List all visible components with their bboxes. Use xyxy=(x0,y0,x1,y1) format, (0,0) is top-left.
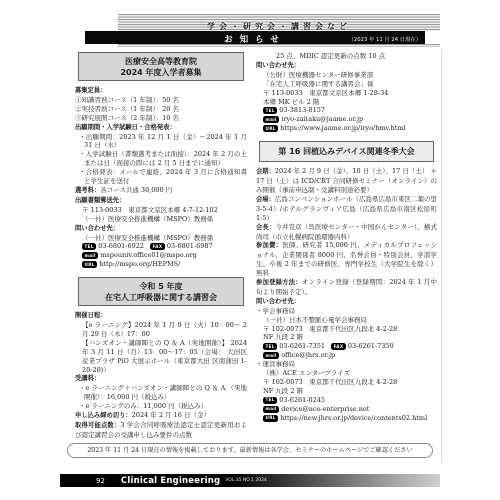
fax-icon: FAX xyxy=(150,243,165,250)
winter-management-tel-line: TEL03-6261-0245 xyxy=(256,396,437,405)
category-banner-underline xyxy=(118,44,440,47)
fax-number: 03-6801-6987 xyxy=(167,242,213,250)
admissions-application-period: ・出願期間：2023 年 12 月 1 日（金）～2024 年 1 月 31 日… xyxy=(75,133,247,151)
ventilator-points-continued: 25 点、MDIC 認定更新の点数 10 点 xyxy=(256,52,437,61)
winter-conference-title: 第 16 回植込みデバイス関連冬季大会 xyxy=(260,146,433,157)
url-address: http://mspo.org/HEPMS/ xyxy=(99,260,180,268)
admissions-contact-org: （一社）医療安全推進機構（MSPO）教務係 xyxy=(75,234,247,243)
ventilator-title-line2: 在宅人工呼吸器に関する講習会 xyxy=(79,292,243,303)
ventilator-url-line: URLhttps://www.jaame.or.jp/iryo/hmv.html xyxy=(256,124,437,133)
ventilator-title-line1: 令和 5 年度 xyxy=(79,281,243,292)
winter-society-office-org: （一社）日本不整脈心電学会事務局 xyxy=(256,316,437,325)
footer-bar: 92 Clinical Engineering VOL.35 NO.1 2024 xyxy=(60,474,440,487)
announcement-bar: お知らせ （2023 年 11 月 24 日現在） xyxy=(85,31,425,44)
winter-contact-heading: 問い合わせ先： xyxy=(256,297,437,307)
ventilator-deadline: 申し込み締め切り：2024 年 2 月 16 日（金） xyxy=(75,411,247,421)
winter-management-office-bullet: ・運営事務局 xyxy=(256,360,437,369)
ventilator-contact-org2: 「在宅人工呼吸器に関する講習会」係 xyxy=(256,80,437,89)
winter-url-line: URLhttps://new.jhrs.or.jp/device/content… xyxy=(256,414,437,423)
winter-dates: 会期：2024 年 2 月 9 日（金）、10 日（土）、17 日（土） ＊ 1… xyxy=(256,167,437,195)
tel-number: 03-6261-7351 xyxy=(279,342,325,350)
admissions-result-announcement: ・合格発表：メールで連絡、2024 年 3 月に合格通知書と学生証を送付 xyxy=(75,168,247,186)
admissions-course-3: ③研究展開コース（2 年制）：10 名 xyxy=(75,114,247,123)
admissions-title-box: 医療安全高等教育院 2024 年度入学者募集 xyxy=(78,52,244,81)
volume-info: VOL.35 NO.1 2024 xyxy=(225,478,267,483)
admissions-mailing-address: 〒 113-0033 東京都文京区本郷 4-7-12-102 xyxy=(75,206,247,215)
admissions-mailing-org: （一社）医療安全推進機構（MSPO）教務係 xyxy=(75,215,247,224)
winter-presidents: 会長：今井克彦（呉医療センター・中国がんセンター）、横式尚司（市立札幌病院循環器… xyxy=(256,223,437,242)
admissions-title-line1: 医療安全高等教育院 xyxy=(79,56,243,67)
ventilator-points: 取得可能点数：3 学会合同呼吸療法認定士認定更新用および認定講習会の受講申し込み… xyxy=(75,421,247,440)
mail-icon: mail xyxy=(82,252,98,259)
winter-society-mail-line: mailoffice@jhrs.or.jp xyxy=(256,351,437,360)
ventilator-handson-schedule: 【ハンズオン・講師陣との Q ＆ A（実地開催）】 2024 年 3 月 11 … xyxy=(75,339,247,375)
winter-management-mail-line: maildevice@ace-enterprise.net xyxy=(256,405,437,414)
mail-address: office@jhrs.or.jp xyxy=(281,351,335,359)
winter-management-office-org: （株）ACE エンタープライズ xyxy=(256,369,437,378)
ventilator-contact-address2: 本郷 MK ビル 2 階 xyxy=(256,98,437,107)
ventilator-mail-line: mailiryo-zaitaku@jaame.or.jp xyxy=(256,115,437,124)
right-column: 25 点、MDIC 認定更新の点数 10 点 問い合わせ先： （公財）医療機器セ… xyxy=(256,52,437,423)
ventilator-contact-heading: 問い合わせ先： xyxy=(256,61,437,71)
ventilator-contact-address1: 〒 113-0033 東京都文京区本郷 1-28-34 xyxy=(256,89,437,98)
url-icon: URL xyxy=(263,415,278,422)
winter-venue: 会場：広島コンベンションホール（広島県広島市東区二葉の里 3-5-4）/ホテルグ… xyxy=(256,195,437,223)
winter-society-office-bullet: ・学会事務局 xyxy=(256,307,437,316)
admissions-capacity-heading: 募集定員： xyxy=(75,86,247,96)
url-address: https://www.jaame.or.jp/iryo/hmv.html xyxy=(280,124,405,132)
ventilator-elearning-schedule: 【e ラーニング】2024 年 1 月 9 日（火）10：00～ 2 月 29 … xyxy=(75,321,247,339)
mail-address: iryo-zaitaku@jaame.or.jp xyxy=(281,115,363,123)
ventilator-course-title-box: 令和 5 年度 在宅人工呼吸器に関する講習会 xyxy=(78,277,244,306)
url-address: https://new.jhrs.or.jp/device/contents02… xyxy=(280,414,427,422)
url-icon: URL xyxy=(263,125,278,132)
tel-number: 03-3813-8157 xyxy=(279,106,325,114)
tel-icon: TEL xyxy=(263,107,277,114)
as-of-date: （2023 年 11 月 24 日現在） xyxy=(349,35,421,43)
journal-logo: Clinical Engineering xyxy=(121,476,220,486)
tel-icon: TEL xyxy=(263,397,277,404)
winter-fees: 参加費：医師、研究者 15,000 円、メディカルプロフェッショナル、企業関係者… xyxy=(256,241,437,278)
tel-number: 03-6801-6922 xyxy=(98,242,144,250)
tel-number: 03-6261-0245 xyxy=(279,396,325,404)
winter-management-office-address1: 〒 102-0073 東京都千代田区九段北 4-2-28 xyxy=(256,378,437,387)
admissions-mail-line: mailmspouniv.office01@mspo.org xyxy=(75,251,247,260)
admissions-contact-heading: 問い合わせ先： xyxy=(75,224,247,234)
mail-address: device@ace-enterprise.net xyxy=(281,405,369,413)
ventilator-tel-line: TEL03-3813-8157 xyxy=(256,106,437,115)
admissions-title-line2: 2024 年度入学者募集 xyxy=(79,67,243,78)
url-icon: URL xyxy=(82,261,97,268)
ventilator-fee-elearning: ・e ラーニングのみ：11,000 円（税込み） xyxy=(75,402,247,411)
ventilator-fee-heading: 受講料： xyxy=(75,374,247,384)
mail-icon: mail xyxy=(263,116,279,123)
admissions-screening-fee: 選考料：各コース共通 30,000 円 xyxy=(75,186,247,196)
magazine-page: 学会・研究会・講習会など お知らせ （2023 年 11 月 24 日現在） 医… xyxy=(0,0,500,500)
tel-icon: TEL xyxy=(263,343,277,350)
ventilator-schedule-heading: 開催日程： xyxy=(75,311,247,321)
admissions-url-line: URLhttp://mspo.org/HEPMS/ xyxy=(75,260,247,269)
winter-society-telfax-line: TEL03-6261-7351 FAX03-6261-7350 xyxy=(256,342,437,351)
category-banner: 学会・研究会・講習会など xyxy=(118,14,440,31)
fax-number: 03-6261-7350 xyxy=(348,342,394,350)
page-number: 92 xyxy=(96,477,105,485)
fax-icon: FAX xyxy=(331,343,346,350)
admissions-schedule-heading: 出願期間・入学試験日・合格発表： xyxy=(75,123,247,133)
admissions-course-2: ②実技習熟コース（1 年制）：20 名 xyxy=(75,105,247,114)
admissions-course-1: ①知識習熟コース（1 年制）：50 名 xyxy=(75,96,247,105)
page-edge-line xyxy=(441,50,442,462)
ventilator-contact-org1: （公財）医療機器センター研修事業部 xyxy=(256,71,437,80)
admissions-mailing-heading: 出願書類郵送先： xyxy=(75,196,247,206)
update-notice: 2023 年 11 月 24 日現在の情報を掲載しております。最新情報は各学会、… xyxy=(67,443,433,458)
admissions-exam-date: ・入学試験日（書類選考または面接）：2024 年 2 月の土または日（面接の際に… xyxy=(75,150,247,168)
winter-conference-title-box: 第 16 回植込みデバイス関連冬季大会 xyxy=(259,141,434,162)
admissions-tel-fax-line: TEL03-6801-6922 FAX03-6801-6987 xyxy=(75,242,247,251)
winter-society-office-address2: NF 九段 2 階 xyxy=(256,333,437,342)
winter-registration: 参加登録方法：オンライン登録（登録期間：2024 年 1 月中旬より開始予定）。 xyxy=(256,278,437,297)
mail-address: mspouniv.office01@mspo.org xyxy=(100,251,197,259)
winter-management-office-address2: NF 九段 2 階 xyxy=(256,387,437,396)
left-column: 医療安全高等教育院 2024 年度入学者募集 募集定員： ①知識習熟コース（1 … xyxy=(75,52,247,440)
ventilator-fee-full: ・e ラーニング＋ハンズオン・講師陣との Q ＆ A （実地開催）：16,000… xyxy=(75,384,247,402)
tel-icon: TEL xyxy=(82,243,96,250)
mail-icon: mail xyxy=(263,352,279,359)
mail-icon: mail xyxy=(263,406,279,413)
